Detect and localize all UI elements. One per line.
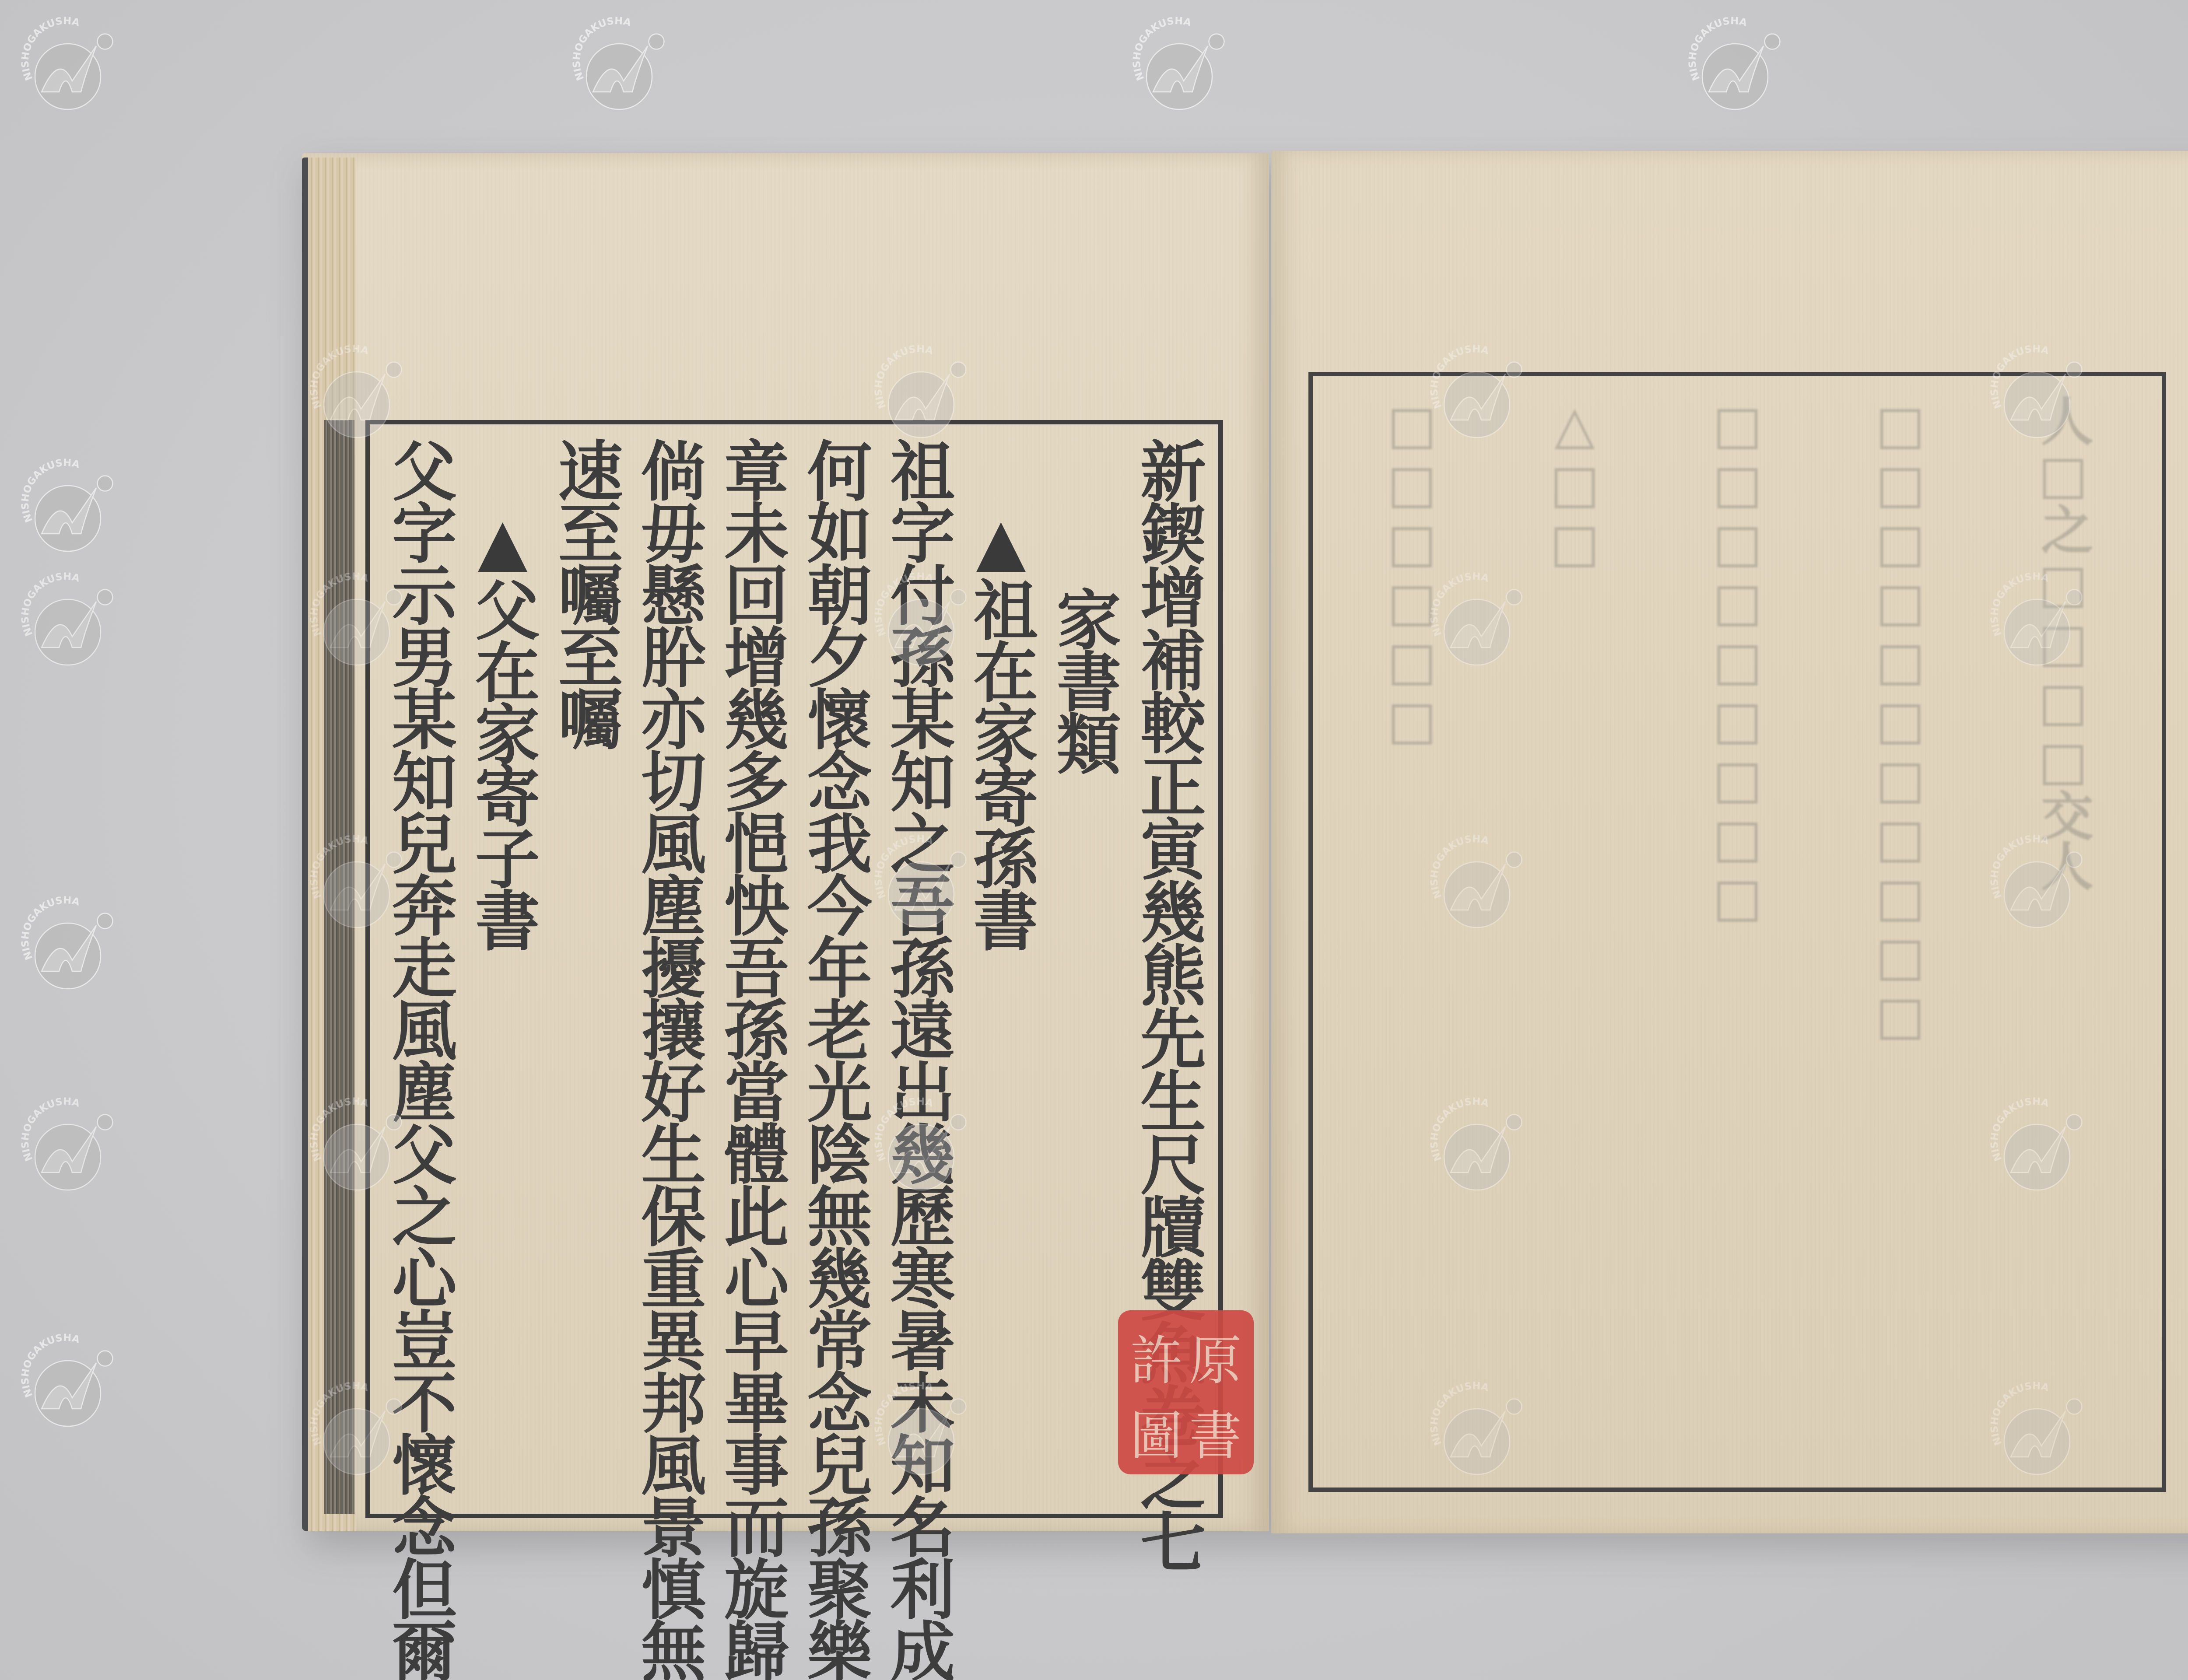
nishogakusha-watermark-icon: NISHOGAKUSHA [1427, 569, 1536, 678]
nishogakusha-watermark-icon: NISHOGAKUSHA [871, 1094, 980, 1203]
nishogakusha-watermark-icon: NISHOGAKUSHA [1685, 13, 1794, 122]
body-column-3: 章未回增幾多悒怏吾孫當體此心早畢事而旋歸也況 [719, 437, 784, 1501]
nishogakusha-watermark-icon: NISHOGAKUSHA [306, 341, 416, 451]
nishogakusha-watermark-icon: NISHOGAKUSHA [1129, 13, 1238, 122]
nishogakusha-watermark-icon: NISHOGAKUSHA [1427, 1094, 1536, 1203]
body-column-2: 何如朝夕懷念我今年老光陰無幾常念兒孫聚樂爾 [803, 437, 867, 1501]
nishogakusha-watermark-icon: NISHOGAKUSHA [871, 569, 980, 678]
nishogakusha-watermark-icon: NISHOGAKUSHA [1987, 831, 2096, 941]
nishogakusha-watermark-icon: NISHOGAKUSHA [18, 892, 127, 1002]
body-column-5: 速至囑至囑 [554, 437, 618, 1501]
triangle-marker-icon: ▲ [963, 503, 1039, 577]
nishogakusha-watermark-icon: NISHOGAKUSHA [1427, 831, 1536, 941]
nishogakusha-watermark-icon: NISHOGAKUSHA [306, 569, 416, 678]
body-column-4: 倘毋懸肸亦切風塵擾攘好生保重異邦風景慎無留 [636, 437, 701, 1501]
left-text-block: 新鍥增補較正寅幾熊先生尺牘雙魚卷之七 家書類 ▲祖在家寄孫書 祖字付孫某知之吾孫… [365, 420, 1223, 1518]
nishogakusha-watermark-icon: NISHOGAKUSHA [1987, 1378, 2096, 1487]
nishogakusha-watermark-icon: NISHOGAKUSHA [1987, 1094, 2096, 1203]
nishogakusha-watermark-icon: NISHOGAKUSHA [1987, 341, 2096, 451]
nishogakusha-watermark-icon: NISHOGAKUSHA [569, 13, 678, 122]
nishogakusha-watermark-icon: NISHOGAKUSHA [871, 1378, 980, 1487]
section-heading-2: ▲父在家寄子書 [470, 437, 535, 1501]
nishogakusha-watermark-icon: NISHOGAKUSHA [1427, 341, 1536, 451]
nishogakusha-watermark-icon: NISHOGAKUSHA [306, 1094, 416, 1203]
nishogakusha-watermark-icon: NISHOGAKUSHA [1987, 569, 2096, 678]
nishogakusha-watermark-icon: NISHOGAKUSHA [18, 1094, 127, 1203]
category-heading: 家書類 [1052, 437, 1116, 1501]
nishogakusha-watermark-icon: NISHOGAKUSHA [871, 831, 980, 941]
nishogakusha-watermark-icon: NISHOGAKUSHA [18, 455, 127, 564]
nishogakusha-watermark-icon: NISHOGAKUSHA [306, 1378, 416, 1487]
nishogakusha-watermark-icon: NISHOGAKUSHA [18, 569, 127, 678]
nishogakusha-watermark-icon: NISHOGAKUSHA [306, 831, 416, 941]
red-ownership-seal: 許 原 圖 書 [1118, 1310, 1254, 1474]
nishogakusha-watermark-icon: NISHOGAKUSHA [871, 341, 980, 451]
nishogakusha-watermark-icon: NISHOGAKUSHA [18, 13, 127, 122]
left-text-columns: 新鍥增補較正寅幾熊先生尺牘雙魚卷之七 家書類 ▲祖在家寄孫書 祖字付孫某知之吾孫… [387, 437, 1200, 1501]
nishogakusha-watermark-icon: NISHOGAKUSHA [1427, 1378, 1536, 1487]
nishogakusha-watermark-icon: NISHOGAKUSHA [18, 1330, 127, 1439]
triangle-marker-icon: ▲ [465, 503, 541, 577]
